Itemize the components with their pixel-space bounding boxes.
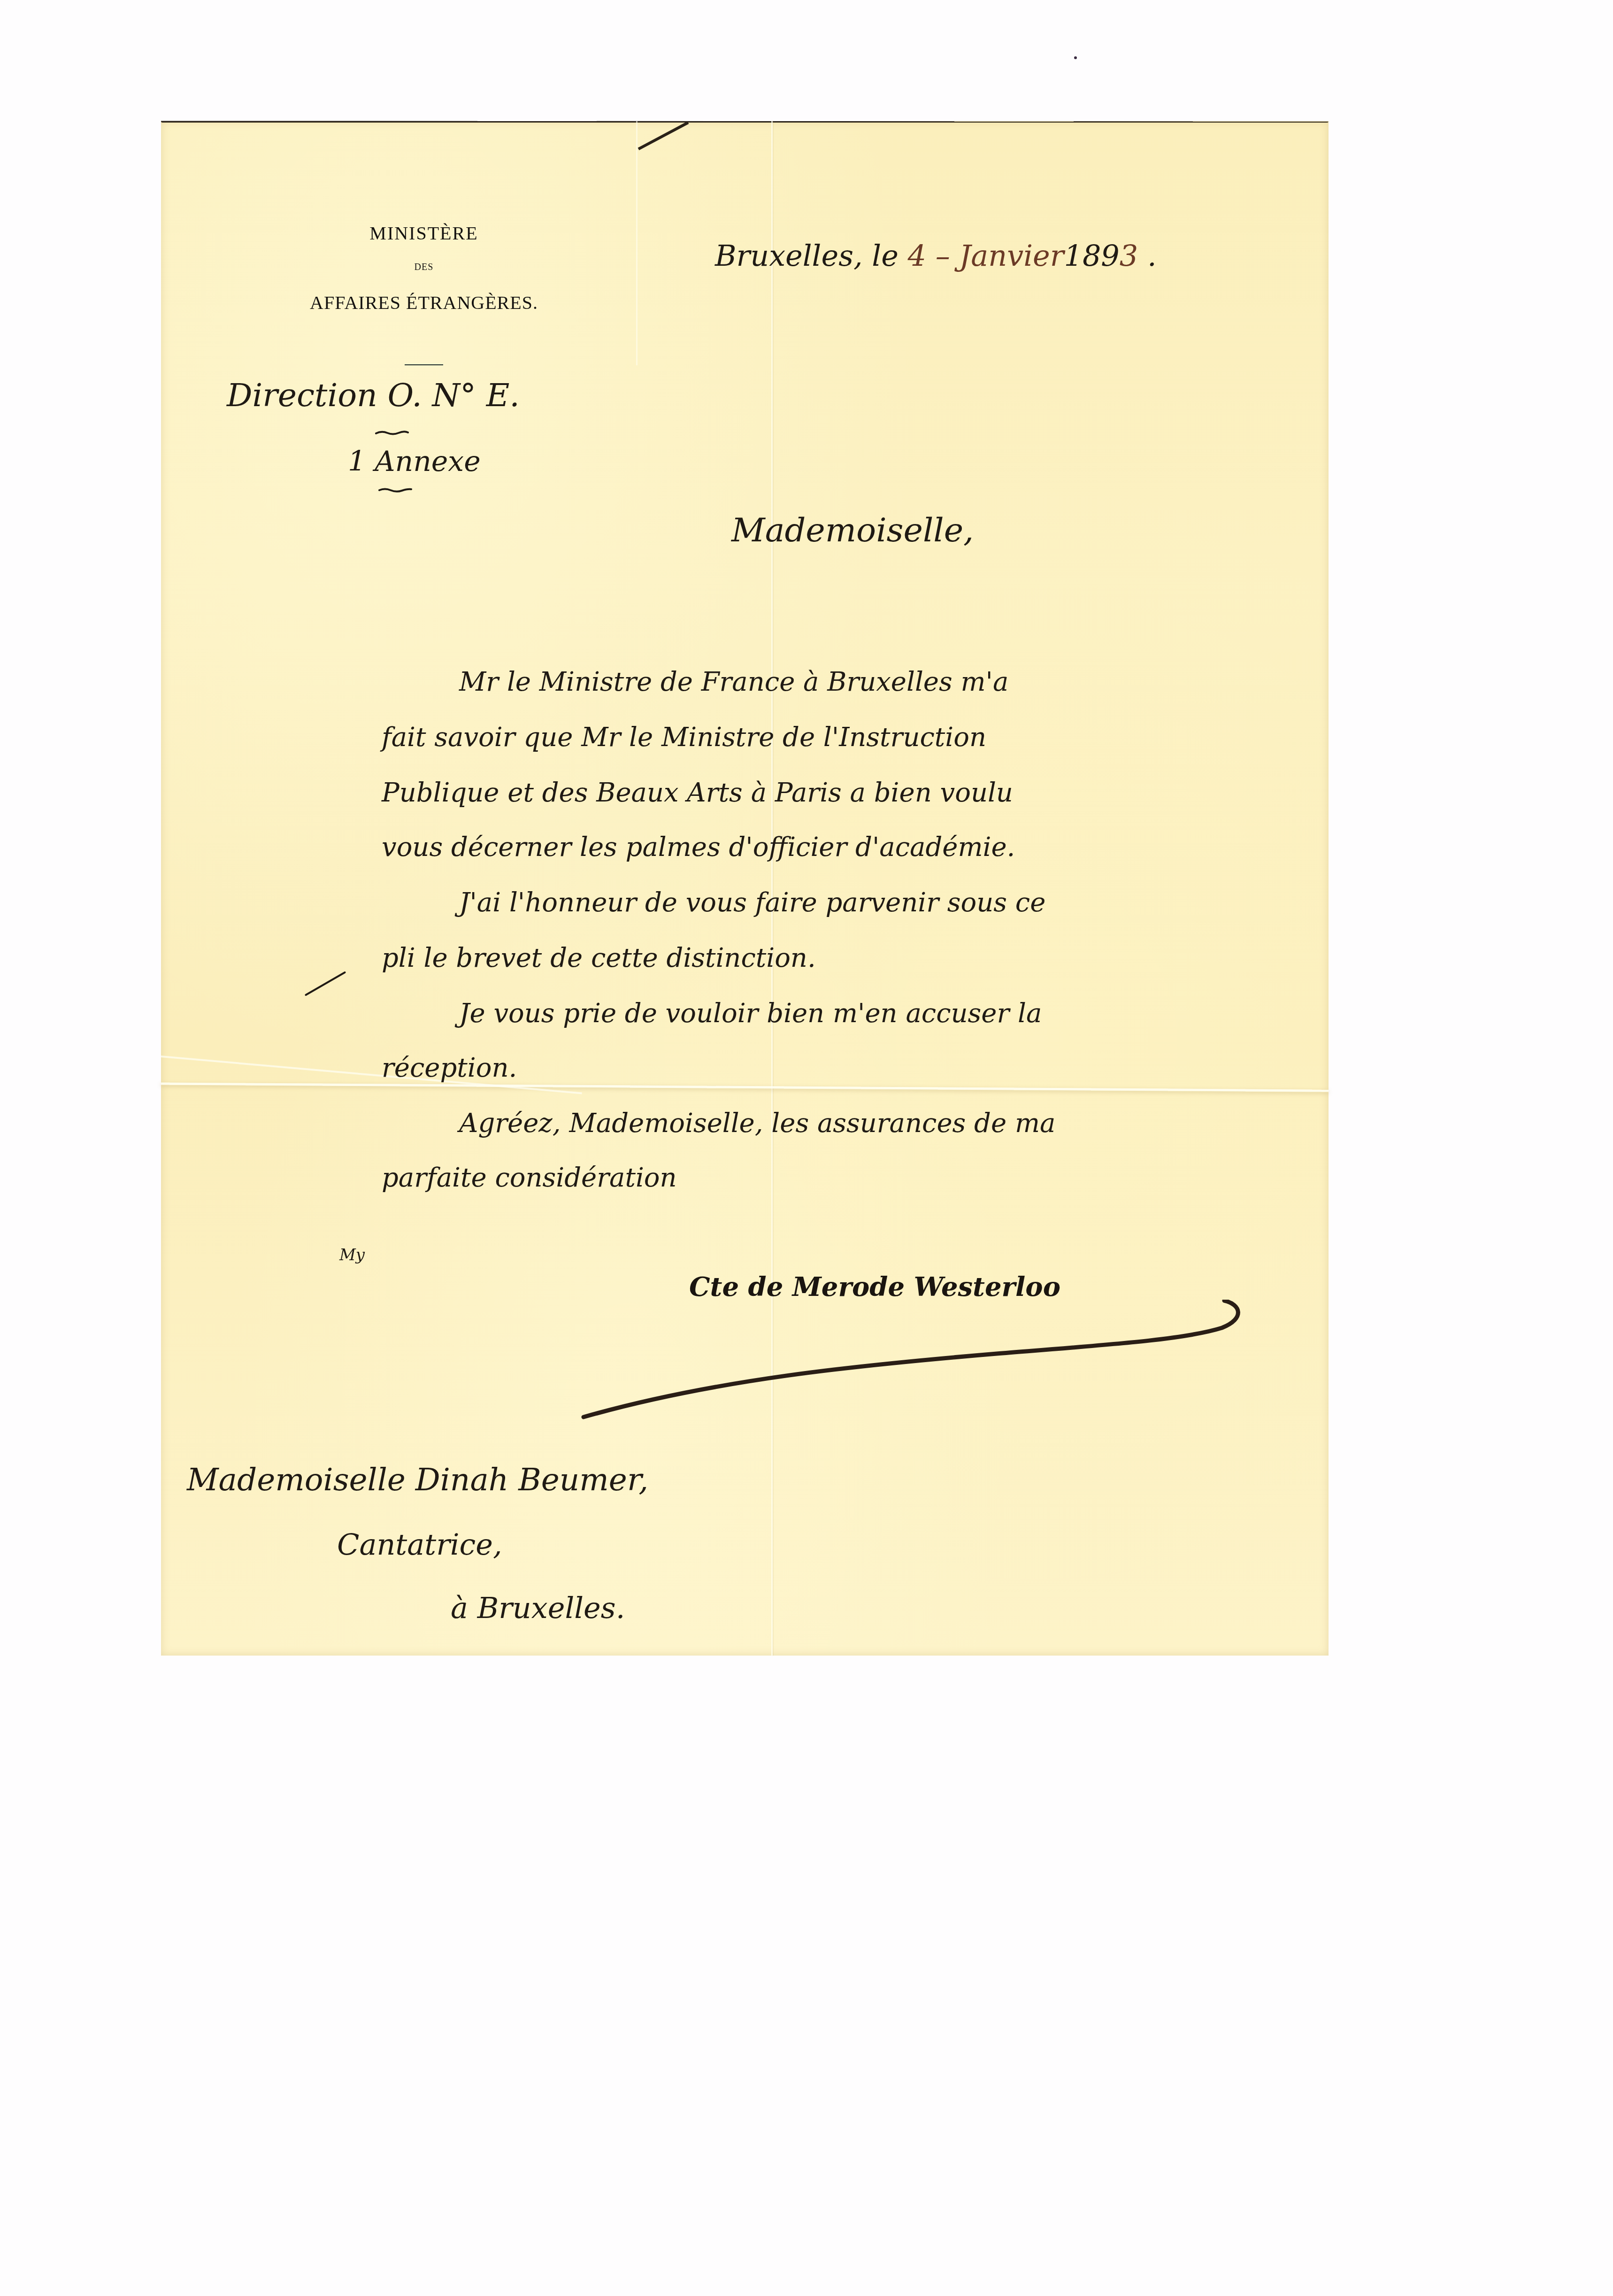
margin-slash-mark bbox=[305, 971, 346, 996]
dateline-place: Bruxelles, le bbox=[715, 239, 899, 273]
dateline: Bruxelles, le 4 – Janvier1893 . bbox=[715, 239, 1157, 273]
margin-initials: My bbox=[339, 1246, 365, 1264]
dateline-month: Janvier bbox=[960, 239, 1064, 273]
letter-sheet: MINISTÈRE DES AFFAIRES ÉTRANGÈRES. Direc… bbox=[161, 121, 1329, 1656]
addressee-name: Mademoiselle Dinah Beumer, bbox=[187, 1462, 648, 1498]
signature-flourish-icon bbox=[574, 1300, 1325, 1436]
wave-flourish-icon bbox=[375, 430, 409, 436]
letterhead-affaires-etrangeres: AFFAIRES ÉTRANGÈRES. bbox=[246, 292, 602, 314]
letterhead-des: DES bbox=[246, 262, 602, 273]
addressee-title: Cantatrice, bbox=[337, 1527, 502, 1562]
letterhead: MINISTÈRE DES AFFAIRES ÉTRANGÈRES. bbox=[246, 222, 602, 365]
letterhead-rule bbox=[405, 364, 443, 365]
addressee-city: à Bruxelles. bbox=[451, 1591, 625, 1625]
dateline-day: 4 bbox=[908, 239, 926, 273]
fold-line-horizontal bbox=[161, 1082, 1329, 1092]
signature: Cte de Merode Westerloo bbox=[689, 1271, 1060, 1302]
torn-corner-crease bbox=[638, 121, 689, 150]
wave-flourish-icon bbox=[378, 487, 412, 493]
fold-line-diagonal bbox=[161, 1056, 582, 1094]
dateline-separator: – bbox=[936, 239, 950, 273]
scan-speck bbox=[1074, 56, 1077, 59]
salutation: Mademoiselle, bbox=[731, 511, 974, 549]
fold-line-vertical-top bbox=[636, 121, 638, 365]
dateline-period: . bbox=[1147, 239, 1157, 273]
dateline-year-printed: 189 bbox=[1064, 239, 1119, 273]
reference-annexe: 1 Annexe bbox=[348, 445, 481, 478]
dateline-year-handwritten: 3 bbox=[1120, 239, 1138, 273]
scan-page: MINISTÈRE DES AFFAIRES ÉTRANGÈRES. Direc… bbox=[0, 0, 1613, 2296]
letterhead-ministere: MINISTÈRE bbox=[246, 222, 602, 244]
reference-direction: Direction O. N° E. bbox=[227, 377, 520, 414]
